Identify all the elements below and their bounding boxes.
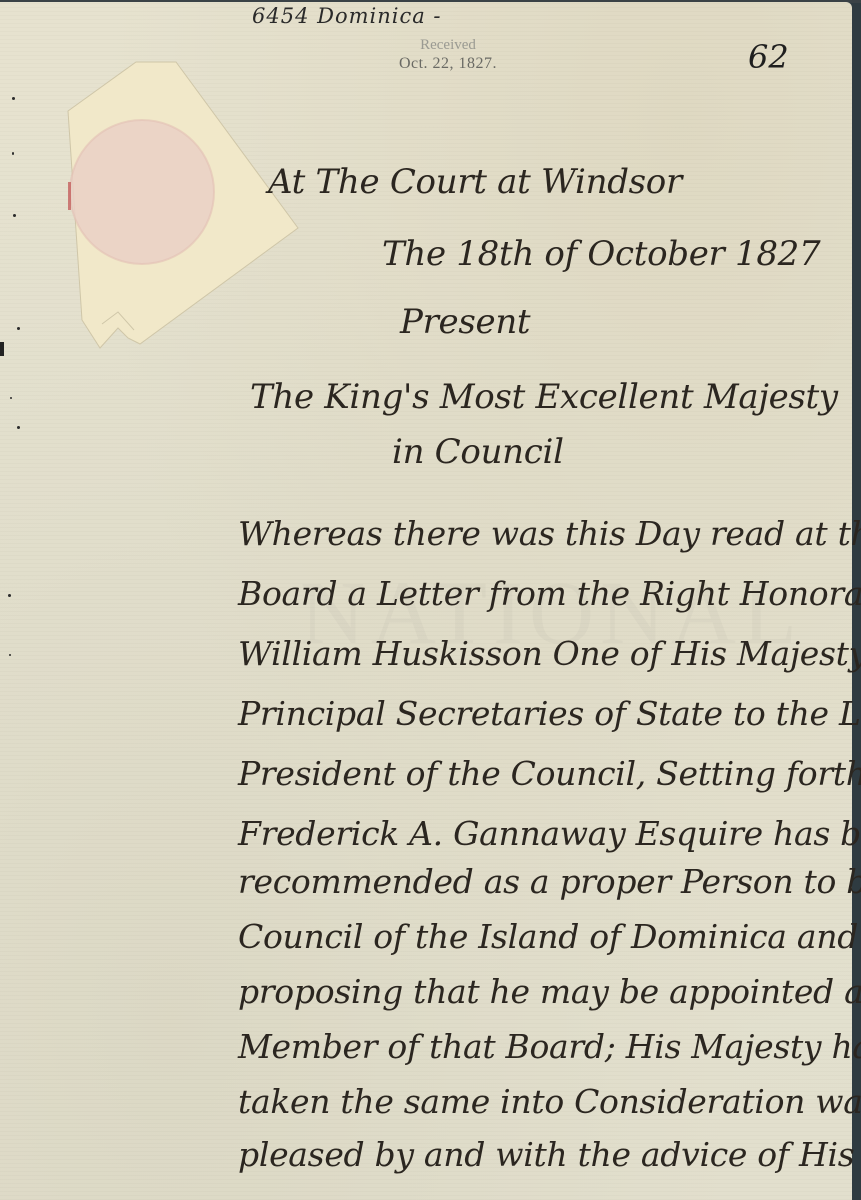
heading-date: The 18th of October 1827 [382,234,820,274]
body-line: William Huskisson One of His Majesty's [238,634,861,673]
wax-seal-icon [70,120,214,264]
body-line: Principal Secretaries of State to the Lo… [238,694,861,733]
document-scan: NATIONAL 6454 Dominica - Received Oct. 2… [0,0,861,1200]
heading-place: At The Court at Windsor [268,162,682,202]
body-line: pleased by and with the advice of His [238,1135,854,1174]
body-line: Council of the Island of Dominica and th… [238,917,861,956]
stamp-date: Oct. 22, 1827. [388,56,508,72]
body-line: President of the Council, Setting forth … [238,754,861,793]
present-label: Present [400,302,530,342]
stamp-label: Received [388,38,508,53]
manuscript-page: NATIONAL 6454 Dominica - Received Oct. 2… [0,2,852,1200]
body-line: taken the same into Consideration was [238,1082,861,1121]
body-line: Whereas there was this Day read at the [238,514,861,553]
body-line: Frederick A. Gannaway Esquire has been [238,814,861,853]
received-stamp: Received Oct. 22, 1827. [388,38,508,72]
presence-line: The King's Most Excellent Majesty [250,377,838,417]
body-line: Board a Letter from the Right Honorable [238,574,861,613]
presence-line-cont: in Council [392,432,564,472]
body-line: Member of that Board; His Majesty having [238,1027,861,1066]
folio-number: 62 [748,38,789,76]
body-line: proposing that he may be appointed a [238,972,861,1011]
body-line: recommended as a proper Person to be of … [238,862,861,901]
